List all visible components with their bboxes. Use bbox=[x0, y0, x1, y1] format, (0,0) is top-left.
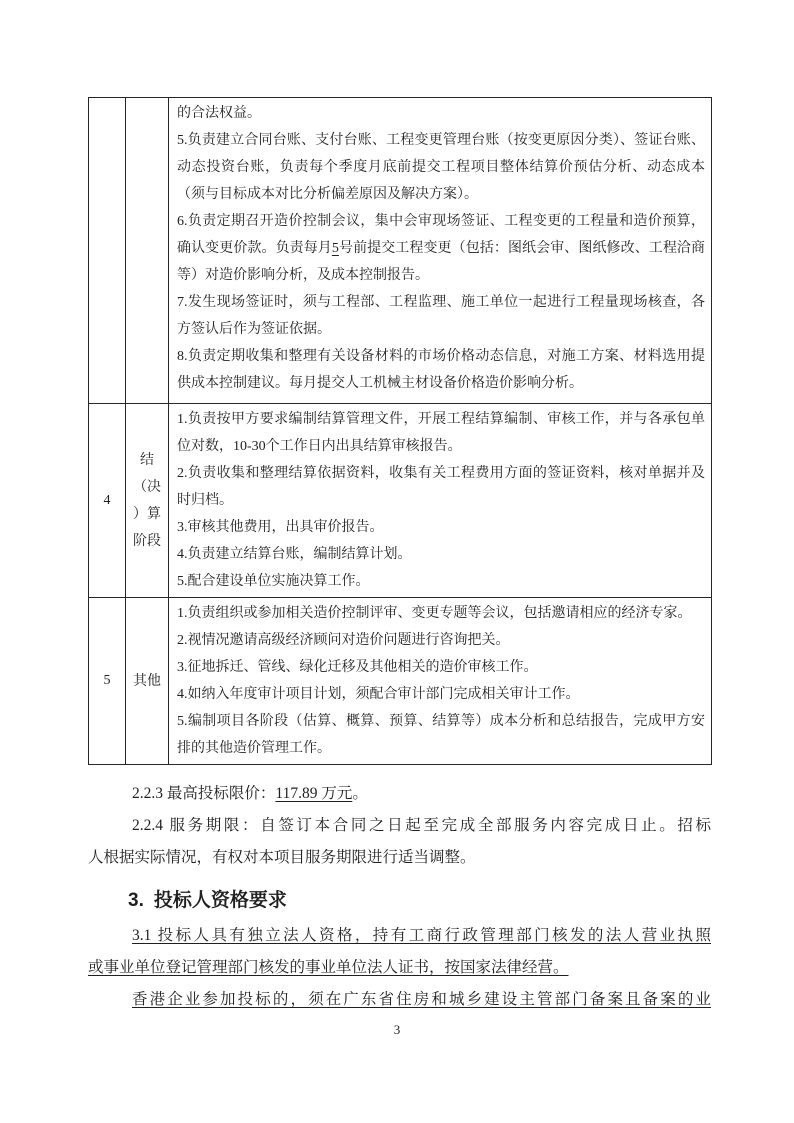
paragraph-2-2-3: 2.2.3 最高投标限价：117.89 万元。 bbox=[88, 778, 711, 810]
duty-text-underlined: 5 bbox=[332, 241, 339, 256]
paragraph-2-2-4: 2.2.4 服务期限：自签订本合同之日起至完成全部服务内容完成日止。招标 人根据… bbox=[88, 810, 711, 874]
stage-number-cell: 4 bbox=[89, 404, 126, 598]
duty-item: 3.审核其他费用，出具审价报告。 bbox=[177, 514, 705, 541]
body-text-block: 2.2.3 最高投标限价：117.89 万元。 2.2.4 服务期限：自签订本合… bbox=[88, 750, 711, 1016]
duties-cell: 1.负责组织或参加相关造价控制评审、变更专题等会议，包括邀请相应的经济专家。 2… bbox=[169, 598, 712, 765]
document-page: { "table": { "rows": [ { "num": "", "sta… bbox=[0, 0, 794, 1123]
section-heading-3: 3.投标人资格要求 bbox=[88, 886, 711, 916]
stage-number-cell: 5 bbox=[89, 598, 126, 765]
duty-item: 1.负责按甲方要求编制结算管理文件，开展工程结算编制、审核工作，并与各承包单位对… bbox=[177, 406, 705, 460]
duty-item: 7.发生现场签证时，须与工程部、工程监理、施工单位一起进行工程量现场核查，各方签… bbox=[177, 289, 705, 343]
duty-item: 1.负责组织或参加相关造价控制评审、变更专题等会议，包括邀请相应的经济专家。 bbox=[177, 600, 705, 627]
price-suffix: 。 bbox=[352, 785, 368, 802]
duty-item: 2.负责收集和整理结算依据资料，收集有关工程费用方面的签证资料，核对单据并及时归… bbox=[177, 460, 705, 514]
paragraph-2-2-4-line1: 2.2.4 服务期限：自签订本合同之日起至完成全部服务内容完成日止。招标 bbox=[88, 810, 711, 842]
duty-item: 8.负责定期收集和整理有关设备材料的市场价格动态信息，对施工方案、材料选用提供成… bbox=[177, 343, 705, 397]
paragraph-2-2-4-line2: 人根据实际情况，有权对本项目服务期限进行适当调整。 bbox=[88, 842, 711, 874]
duty-item: 6.负责定期召开造价控制会议，集中会审现场签证、工程变更的工程量和造价预算，确认… bbox=[177, 208, 705, 289]
duties-table: 的合法权益。 5.负责建立合同台账、支付台账、工程变更管理台账（按变更原因分类）… bbox=[88, 97, 712, 765]
paragraph-3-1-line1: 3.1 投标人具有独立法人资格，持有工商行政管理部门核发的法人营业执照 bbox=[88, 920, 711, 952]
stage-number-cell bbox=[89, 98, 126, 404]
paragraph-hk-line1: 香港企业参加投标的，须在广东省住房和城乡建设主管部门备案且备案的业 bbox=[88, 984, 711, 1016]
duties-cell: 1.负责按甲方要求编制结算管理文件，开展工程结算编制、审核工作，并与各承包单位对… bbox=[169, 404, 712, 598]
duty-item: 4.如纳入年度审计项目计划，须配合审计部门完成相关审计工作。 bbox=[177, 681, 705, 708]
section-title: 投标人资格要求 bbox=[154, 890, 287, 911]
stage-name-line: （决 bbox=[127, 474, 167, 501]
duty-item: 的合法权益。 bbox=[177, 100, 705, 127]
stage-name-cell: 结 （决 ）算 阶段 bbox=[126, 404, 169, 598]
section-number: 3. bbox=[128, 890, 144, 911]
price-label: 2.2.3 最高投标限价： bbox=[132, 785, 275, 802]
max-bid-price-value: 117.89 万元 bbox=[275, 785, 352, 802]
table-row-stage3-continued: 的合法权益。 5.负责建立合同台账、支付台账、工程变更管理台账（按变更原因分类）… bbox=[89, 98, 712, 404]
stage-name-line: 其他 bbox=[127, 668, 167, 695]
table-row-stage4: 4 结 （决 ）算 阶段 1.负责按甲方要求编制结算管理文件，开展工程结算编制、… bbox=[89, 404, 712, 598]
stage-name-cell bbox=[126, 98, 169, 404]
duty-item: 2.视情况邀请高级经济顾问对造价问题进行咨询把关。 bbox=[177, 627, 705, 654]
stage-name-line: 结 bbox=[127, 447, 167, 474]
paragraph-3-1: 3.1 投标人具有独立法人资格，持有工商行政管理部门核发的法人营业执照 或事业单… bbox=[88, 920, 711, 984]
paragraph-3-1-line2: 或事业单位登记管理部门核发的事业单位法人证书，按国家法律经营。 bbox=[88, 952, 711, 984]
paragraph-hk: 香港企业参加投标的，须在广东省住房和城乡建设主管部门备案且备案的业 bbox=[88, 984, 711, 1016]
table-row-stage5: 5 其他 1.负责组织或参加相关造价控制评审、变更专题等会议，包括邀请相应的经济… bbox=[89, 598, 712, 765]
stage-name-line: ）算 bbox=[127, 501, 167, 528]
duty-item: 5.负责建立合同台账、支付台账、工程变更管理台账（按变更原因分类）、签证台账、动… bbox=[177, 127, 705, 208]
page-number: 3 bbox=[0, 1022, 794, 1038]
duty-item: 5.配合建设单位实施决算工作。 bbox=[177, 568, 705, 595]
stage-name-cell: 其他 bbox=[126, 598, 169, 765]
duty-item: 4.负责建立结算台账，编制结算计划。 bbox=[177, 541, 705, 568]
duties-cell: 的合法权益。 5.负责建立合同台账、支付台账、工程变更管理台账（按变更原因分类）… bbox=[169, 98, 712, 404]
stage-name-line: 阶段 bbox=[127, 528, 167, 555]
duty-item: 3.征地拆迁、管线、绿化迁移及其他相关的造价审核工作。 bbox=[177, 654, 705, 681]
